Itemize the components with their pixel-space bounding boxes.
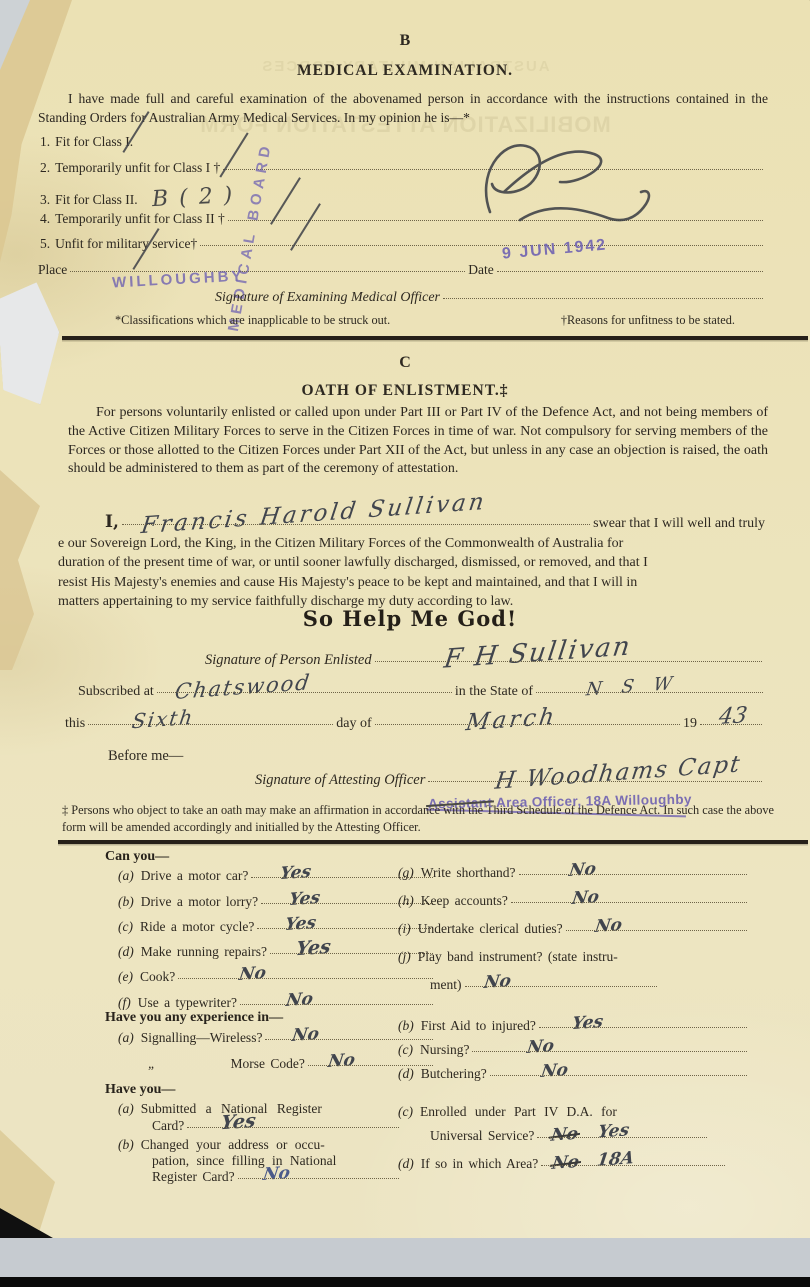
question-row: Register Card? No bbox=[152, 1169, 402, 1185]
question-label: Register Card? bbox=[152, 1169, 235, 1185]
question-label: Enrolled under Part IV D.A. for bbox=[420, 1104, 617, 1120]
handwritten-answer: No bbox=[262, 1163, 292, 1185]
question-number: (b) bbox=[118, 894, 134, 910]
question-number: (g) bbox=[398, 865, 414, 881]
question-label: Universal Service? bbox=[430, 1128, 534, 1144]
question-row: (g) Write shorthand? No bbox=[398, 865, 750, 881]
question-number: (d) bbox=[398, 1156, 414, 1172]
handwritten-year: 43 bbox=[717, 703, 748, 730]
question-number: (c) bbox=[118, 919, 133, 935]
question-row: Universal Service? No Yes bbox=[430, 1128, 710, 1144]
handwritten-answer: Yes bbox=[284, 913, 318, 935]
question-row: (a) Drive a motor car? Yes bbox=[118, 868, 436, 884]
question-label: Drive a motor car? bbox=[141, 868, 249, 884]
handwritten-answer: No bbox=[327, 1050, 357, 1072]
subscribed-row: Subscribed at Chatswood in the State of … bbox=[78, 684, 766, 700]
handwritten-answer: No bbox=[567, 859, 597, 881]
oath-line-1: I, Francis Harold Sullivan swear that I … bbox=[105, 512, 765, 532]
item-label: Fit for Class I. bbox=[55, 134, 133, 150]
item-label: Temporarily unfit for Class I † bbox=[55, 160, 220, 176]
question-label: Make running repairs? bbox=[141, 944, 267, 960]
question-row: (b) Drive a motor lorry? Yes bbox=[118, 894, 436, 910]
question-label: pation, since filling in National bbox=[152, 1153, 336, 1169]
scanned-form-page: AUSTRALIAN MILITARY FORCES MOBILIZATION … bbox=[0, 0, 810, 1270]
question-label: First Aid to injured? bbox=[421, 1018, 536, 1034]
item-number: 2. bbox=[40, 160, 50, 176]
paper-crease bbox=[759, 0, 810, 29]
handwritten-name: Francis Harold Sullivan bbox=[139, 489, 488, 539]
date-label: Date bbox=[468, 262, 493, 278]
have-you-heading: Have you— bbox=[105, 1082, 175, 1098]
medical-signature-row: Signature of Examining Medical Officer bbox=[215, 290, 766, 306]
question-label: Use a typewriter? bbox=[138, 995, 237, 1011]
ditto-mark: „ bbox=[148, 1056, 156, 1072]
item-number: 1. bbox=[40, 134, 50, 150]
place-label: Place bbox=[38, 262, 67, 278]
question-number: (e) bbox=[118, 969, 133, 985]
handwritten-answer: No Yes bbox=[550, 1120, 631, 1146]
question-label: Changed your address or occu- bbox=[141, 1137, 325, 1153]
question-number: (j) bbox=[398, 949, 411, 965]
question-number: (a) bbox=[118, 868, 134, 884]
struck-answer: No bbox=[550, 1124, 580, 1146]
handwritten-signature: F H Sullivan bbox=[442, 631, 633, 674]
final-answer: 18A bbox=[596, 1148, 636, 1171]
experience-heading: Have you any experience in— bbox=[105, 1010, 283, 1026]
question-label: Butchering? bbox=[421, 1066, 487, 1082]
question-row: Card? Yes bbox=[152, 1118, 402, 1134]
handwritten-answer: No bbox=[291, 1024, 321, 1046]
handwritten-officer-signature: H Woodhams Capt bbox=[494, 751, 744, 795]
subscribed-label: Subscribed at bbox=[78, 684, 154, 700]
section-c-letter: C bbox=[0, 354, 810, 372]
handwritten-answer: Yes bbox=[279, 862, 313, 884]
question-label: Cook? bbox=[140, 969, 175, 985]
question-label: If so in which Area? bbox=[421, 1156, 538, 1172]
this-label: this bbox=[65, 716, 85, 732]
question-number: (d) bbox=[118, 944, 134, 960]
question-label: ment) bbox=[430, 977, 462, 993]
question-label: Ride a motor cycle? bbox=[140, 919, 254, 935]
question-label: Keep accounts? bbox=[421, 893, 508, 909]
state-label: in the State of bbox=[455, 684, 533, 700]
medical-officer-signature bbox=[462, 132, 677, 242]
dayof-label: day of bbox=[336, 716, 371, 732]
question-row: (f) Use a typewriter? No bbox=[118, 995, 436, 1011]
question-label: Write shorthand? bbox=[421, 865, 516, 881]
question-row: (d) Butchering? No bbox=[398, 1066, 750, 1082]
sig-person-row: Signature of Person Enlisted F H Sulliva… bbox=[205, 652, 765, 669]
question-row: (d) Make running repairs? Yes bbox=[118, 944, 436, 960]
handwritten-answer: No bbox=[571, 887, 601, 909]
handwritten-answer: No bbox=[593, 915, 623, 937]
question-label: Card? bbox=[152, 1118, 184, 1134]
question-row: (i) Undertake clerical duties? No bbox=[398, 921, 750, 937]
section-divider bbox=[58, 840, 808, 844]
question-number: (d) bbox=[398, 1066, 414, 1082]
question-label: Morse Code? bbox=[231, 1056, 305, 1072]
handwritten-answer: No bbox=[238, 963, 268, 985]
footnote-reasons: †Reasons for unfitness to be stated. bbox=[561, 313, 735, 328]
handwritten-answer: No bbox=[526, 1036, 556, 1058]
question-number: (h) bbox=[398, 893, 414, 909]
oath-title: OATH OF ENLISTMENT.‡ bbox=[0, 382, 810, 400]
handwritten-answer: No bbox=[482, 971, 512, 993]
question-number: (c) bbox=[398, 1104, 413, 1120]
question-row: (c) Nursing? No bbox=[398, 1042, 750, 1058]
oath-body: e our Sovereign Lord, the King, in the C… bbox=[58, 534, 770, 611]
medical-title: MEDICAL EXAMINATION. bbox=[0, 62, 810, 80]
handwritten-answer: Yes bbox=[295, 936, 333, 961]
item-label: Fit for Class II. bbox=[55, 192, 138, 208]
handwritten-classification: B ( 2 ) bbox=[151, 183, 235, 212]
item-label: Unfit for military service† bbox=[55, 236, 197, 252]
question-number: (c) bbox=[398, 1042, 413, 1058]
handwritten-day: Sixth bbox=[131, 705, 197, 734]
question-row: (b) First Aid to injured? Yes bbox=[398, 1018, 750, 1034]
question-label: Signalling—Wireless? bbox=[141, 1030, 263, 1046]
question-row: „ Morse Code? No bbox=[148, 1056, 436, 1072]
can-you-heading: Can you— bbox=[105, 849, 169, 865]
question-row: (d) If so in which Area? No 18A bbox=[398, 1156, 728, 1172]
final-answer: Yes bbox=[597, 1120, 631, 1142]
question-row: ment) No bbox=[430, 977, 660, 993]
question-row: (c) Ride a motor cycle? Yes bbox=[118, 919, 436, 935]
before-me-label: Before me— bbox=[108, 748, 183, 765]
question-number: (b) bbox=[118, 1137, 134, 1153]
question-label: Nursing? bbox=[420, 1042, 470, 1058]
medical-footnotes: *Classifications which are inapplicable … bbox=[115, 313, 735, 328]
scanner-background bbox=[0, 1238, 810, 1277]
sig-person-label: Signature of Person Enlisted bbox=[205, 652, 372, 669]
question-row: (e) Cook? No bbox=[118, 969, 436, 985]
question-label: Drive a motor lorry? bbox=[141, 894, 258, 910]
year-prefix: 19 bbox=[683, 716, 697, 732]
item-number: 5. bbox=[40, 236, 50, 252]
handwritten-state: N S W bbox=[585, 673, 681, 701]
handwritten-place: Chatswood bbox=[173, 670, 312, 704]
torn-paper-edge bbox=[0, 470, 40, 670]
stamp-struck-word: Assistant bbox=[428, 795, 493, 811]
question-row: (a) Signalling—Wireless? No bbox=[118, 1030, 436, 1046]
so-help-me-god: So Help Me God! bbox=[60, 606, 760, 631]
question-row: (h) Keep accounts? No bbox=[398, 893, 750, 909]
question-number: (f) bbox=[118, 995, 131, 1011]
oath-intro: For persons voluntarily enlisted or call… bbox=[68, 404, 768, 479]
question-row: (b) Changed your address or occu- bbox=[118, 1137, 436, 1153]
question-label: Play band instrument? (state instru- bbox=[418, 949, 618, 965]
question-number: (b) bbox=[398, 1018, 414, 1034]
sig-officer-row: Signature of Attesting Officer H Woodham… bbox=[255, 772, 765, 789]
question-row: (c) Enrolled under Part IV D.A. for bbox=[398, 1104, 750, 1120]
item-number: 3. bbox=[40, 192, 50, 208]
handwritten-answer: Yes bbox=[571, 1012, 605, 1034]
oath-i-label: I, bbox=[105, 512, 119, 532]
question-number: (a) bbox=[118, 1030, 134, 1046]
item-label: Temporarily unfit for Class II † bbox=[55, 211, 225, 227]
oath-body-line: resist His Majesty's enemies and cause H… bbox=[58, 573, 770, 592]
section-b-letter: B bbox=[0, 32, 810, 50]
question-row: (a) Submitted a National Register bbox=[118, 1101, 436, 1117]
item-number: 4. bbox=[40, 211, 50, 227]
question-row: pation, since filling in National bbox=[152, 1153, 436, 1169]
oath-line1-end: swear that I will well and truly bbox=[593, 516, 765, 532]
scanner-edge bbox=[0, 1277, 810, 1287]
question-number: (a) bbox=[118, 1101, 134, 1117]
handwritten-answer: No bbox=[285, 989, 315, 1011]
footnote-classifications: *Classifications which are inapplicable … bbox=[115, 313, 390, 328]
medical-intro: I have made full and careful examination… bbox=[38, 90, 768, 127]
question-row: (j) Play band instrument? (state instru- bbox=[398, 949, 750, 965]
medical-signature-label: Signature of Examining Medical Officer bbox=[215, 290, 440, 306]
handwritten-month: March bbox=[464, 704, 558, 737]
oath-body-line: duration of the present time of war, or … bbox=[58, 553, 770, 572]
sig-officer-label: Signature of Attesting Officer bbox=[255, 772, 425, 789]
oath-body-line: e our Sovereign Lord, the King, in the C… bbox=[58, 534, 770, 553]
handwritten-answer: No 18A bbox=[551, 1148, 636, 1174]
section-divider bbox=[62, 336, 808, 340]
handwritten-answer: Yes bbox=[220, 1110, 258, 1135]
date-line-row: this Sixth day of March 19 43 bbox=[65, 716, 765, 732]
struck-answer: No bbox=[551, 1152, 581, 1174]
handwritten-answer: No bbox=[540, 1060, 570, 1082]
handwritten-answer: Yes bbox=[287, 888, 321, 910]
question-number: (i) bbox=[398, 921, 411, 937]
question-label: Undertake clerical duties? bbox=[418, 921, 563, 937]
